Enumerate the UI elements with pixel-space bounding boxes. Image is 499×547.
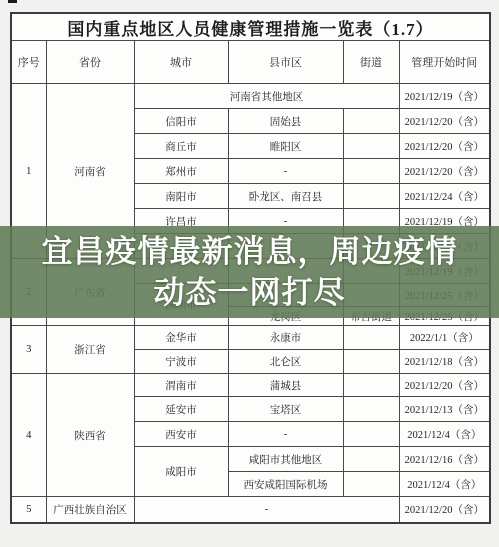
column-header-date: 管理开始时间 bbox=[399, 41, 490, 84]
cell-date: 2021/12/20（含） bbox=[399, 497, 490, 524]
table-row: 4 陕西省 渭南市 蒲城县 2021/12/20（含） bbox=[11, 374, 490, 397]
cell-date: 2021/12/4（含） bbox=[399, 472, 490, 497]
column-header-index: 序号 bbox=[11, 41, 46, 84]
cell-county: 西安咸阳国际机场 bbox=[228, 472, 343, 497]
banner-line-2: 动态一网打尽 bbox=[154, 273, 346, 312]
cell-county: 北仑区 bbox=[228, 350, 343, 374]
cell-province: 浙江省 bbox=[46, 326, 134, 374]
table-title-row: 国内重点地区人员健康管理措施一览表（1.7） bbox=[11, 13, 490, 41]
cell-date: 2021/12/4（含） bbox=[399, 422, 490, 447]
column-header-county: 县市区 bbox=[228, 41, 343, 84]
cell-street bbox=[343, 134, 399, 159]
cell-province: 陕西省 bbox=[46, 374, 134, 497]
cell-county: - bbox=[228, 159, 343, 184]
cell-date: 2021/12/20（含） bbox=[399, 374, 490, 397]
cell-street bbox=[343, 397, 399, 422]
cell-date: 2021/12/19（含） bbox=[399, 84, 490, 109]
cell-county: - bbox=[228, 422, 343, 447]
cell-city: 郑州市 bbox=[134, 159, 228, 184]
cell-date: 2022/1/1（含） bbox=[399, 326, 490, 350]
cell-date: 2021/12/20（含） bbox=[399, 109, 490, 134]
cell-county: 永康市 bbox=[228, 326, 343, 350]
column-header-street: 街道 bbox=[343, 41, 399, 84]
column-header-province: 省份 bbox=[46, 41, 134, 84]
cell-index: 3 bbox=[11, 326, 46, 374]
cell-county: 睢阳区 bbox=[228, 134, 343, 159]
cell-county: 蒲城县 bbox=[228, 374, 343, 397]
cell-city: 信阳市 bbox=[134, 109, 228, 134]
table-row: 1 河南省 河南省其他地区 2021/12/19（含） bbox=[11, 84, 490, 109]
column-header-city: 城市 bbox=[134, 41, 228, 84]
cell-date: 2021/12/24（含） bbox=[399, 184, 490, 209]
cell-street bbox=[343, 472, 399, 497]
cell-street bbox=[343, 159, 399, 184]
cell-street bbox=[343, 374, 399, 397]
cell-street bbox=[343, 109, 399, 134]
cell-index: 5 bbox=[11, 497, 46, 524]
cell-city: 渭南市 bbox=[134, 374, 228, 397]
cell-street bbox=[343, 184, 399, 209]
table-header-row: 序号 省份 城市 县市区 街道 管理开始时间 bbox=[11, 41, 490, 84]
cell-street bbox=[343, 447, 399, 472]
cell-city: 金华市 bbox=[134, 326, 228, 350]
cell-city: 商丘市 bbox=[134, 134, 228, 159]
cell-date: 2021/12/13（含） bbox=[399, 397, 490, 422]
table-row: 3 浙江省 金华市 永康市 2022/1/1（含） bbox=[11, 326, 490, 350]
table-row: 5 广西壮族自治区 - 2021/12/20（含） bbox=[11, 497, 490, 524]
cell-county: 宝塔区 bbox=[228, 397, 343, 422]
cell-city: 延安市 bbox=[134, 397, 228, 422]
cell-index: 4 bbox=[11, 374, 46, 497]
screenshot-root: 国内重点地区人员健康管理措施一览表（1.7） 序号 省份 城市 县市区 街道 管… bbox=[0, 0, 499, 547]
cell-city: 宁波市 bbox=[134, 350, 228, 374]
cell-merged-region: 河南省其他地区 bbox=[134, 84, 399, 109]
cell-street bbox=[343, 350, 399, 374]
news-banner-overlay: 宜昌疫情最新消息，周边疫情 动态一网打尽 bbox=[0, 226, 499, 318]
cell-street bbox=[343, 422, 399, 447]
cell-county: 卧龙区、南召县 bbox=[228, 184, 343, 209]
table-title: 国内重点地区人员健康管理措施一览表（1.7） bbox=[11, 13, 490, 41]
cell-date: 2021/12/18（含） bbox=[399, 350, 490, 374]
cell-county: 咸阳市其他地区 bbox=[228, 447, 343, 472]
cell-city: 南阳市 bbox=[134, 184, 228, 209]
cell-date: 2021/12/20（含） bbox=[399, 159, 490, 184]
cell-city: 咸阳市 bbox=[134, 447, 228, 497]
cell-street bbox=[343, 326, 399, 350]
cell-date: 2021/12/16（含） bbox=[399, 447, 490, 472]
cell-date: 2021/12/20（含） bbox=[399, 134, 490, 159]
banner-line-1: 宜昌疫情最新消息，周边疫情 bbox=[42, 232, 458, 271]
cell-province: 广西壮族自治区 bbox=[46, 497, 134, 524]
cell-merged-region: - bbox=[134, 497, 399, 524]
corner-mark bbox=[8, 0, 17, 3]
cell-county: 固始县 bbox=[228, 109, 343, 134]
cell-city: 西安市 bbox=[134, 422, 228, 447]
